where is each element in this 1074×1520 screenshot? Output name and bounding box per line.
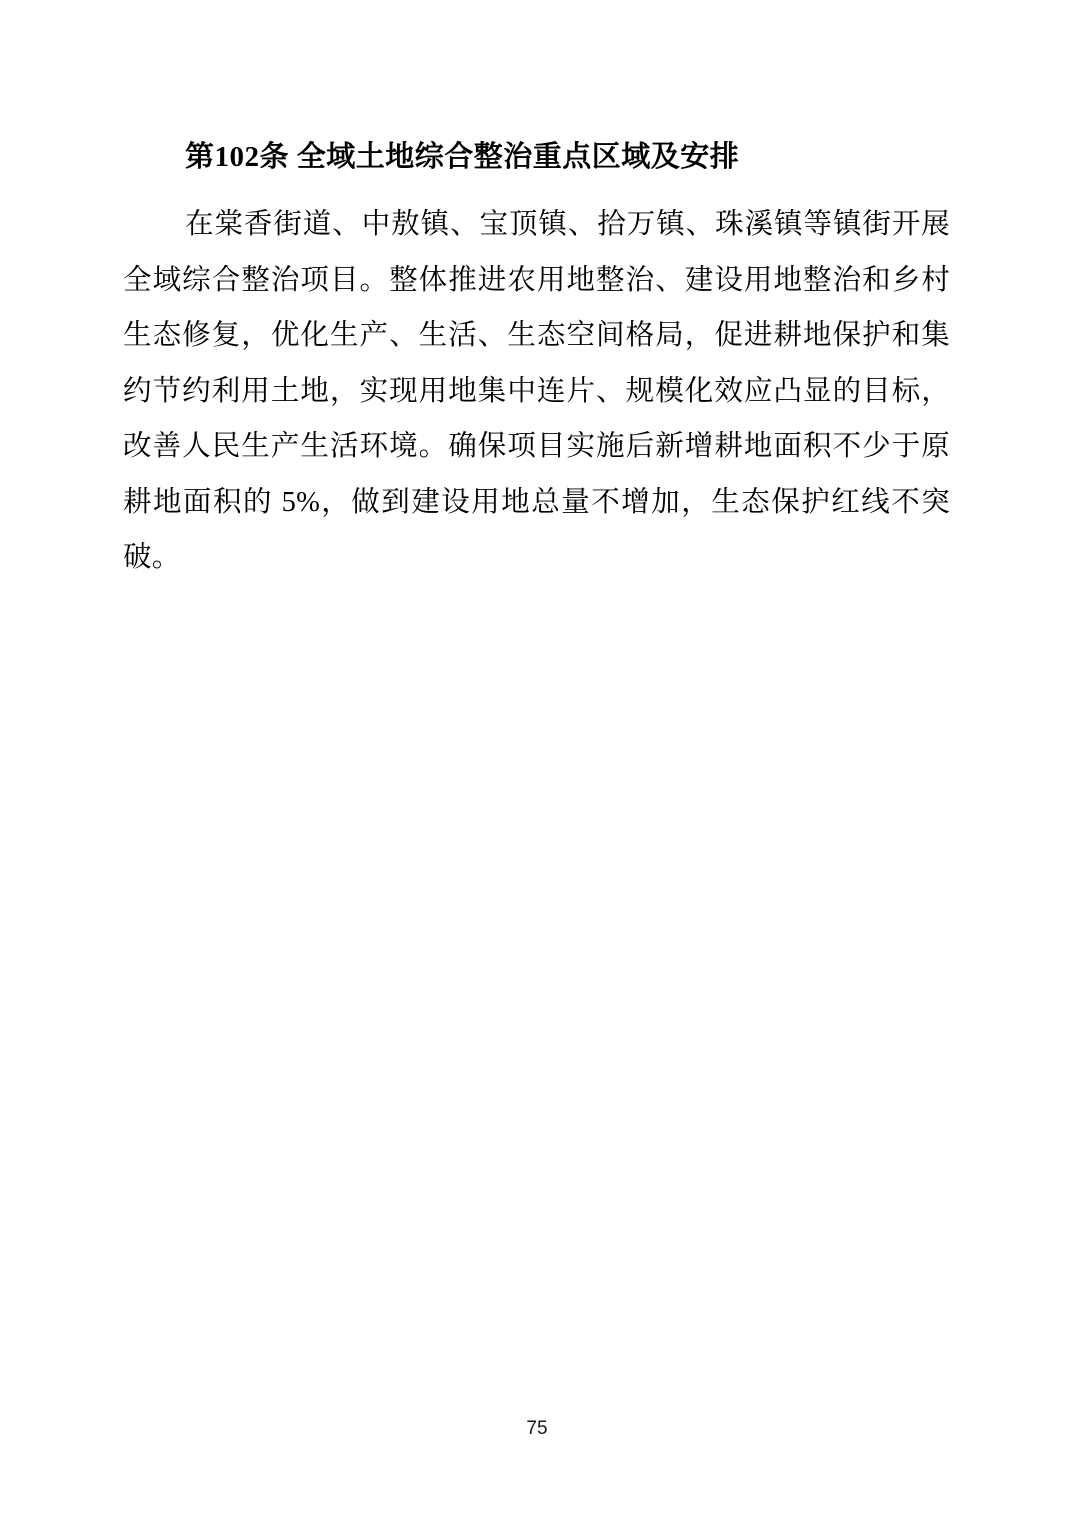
document-content: 第102条 全域土地综合整治重点区域及安排 在棠香街道、中敖镇、宝顶镇、拾万镇、…: [123, 130, 950, 586]
article-heading: 第102条 全域土地综合整治重点区域及安排: [123, 130, 950, 185]
page-number: 75: [0, 1418, 1074, 1440]
article-paragraph: 在棠香街道、中敖镇、宝顶镇、拾万镇、珠溪镇等镇街开展全域综合整治项目。整体推进农…: [123, 197, 950, 586]
document-page: 第102条 全域土地综合整治重点区域及安排 在棠香街道、中敖镇、宝顶镇、拾万镇、…: [0, 0, 1074, 1520]
